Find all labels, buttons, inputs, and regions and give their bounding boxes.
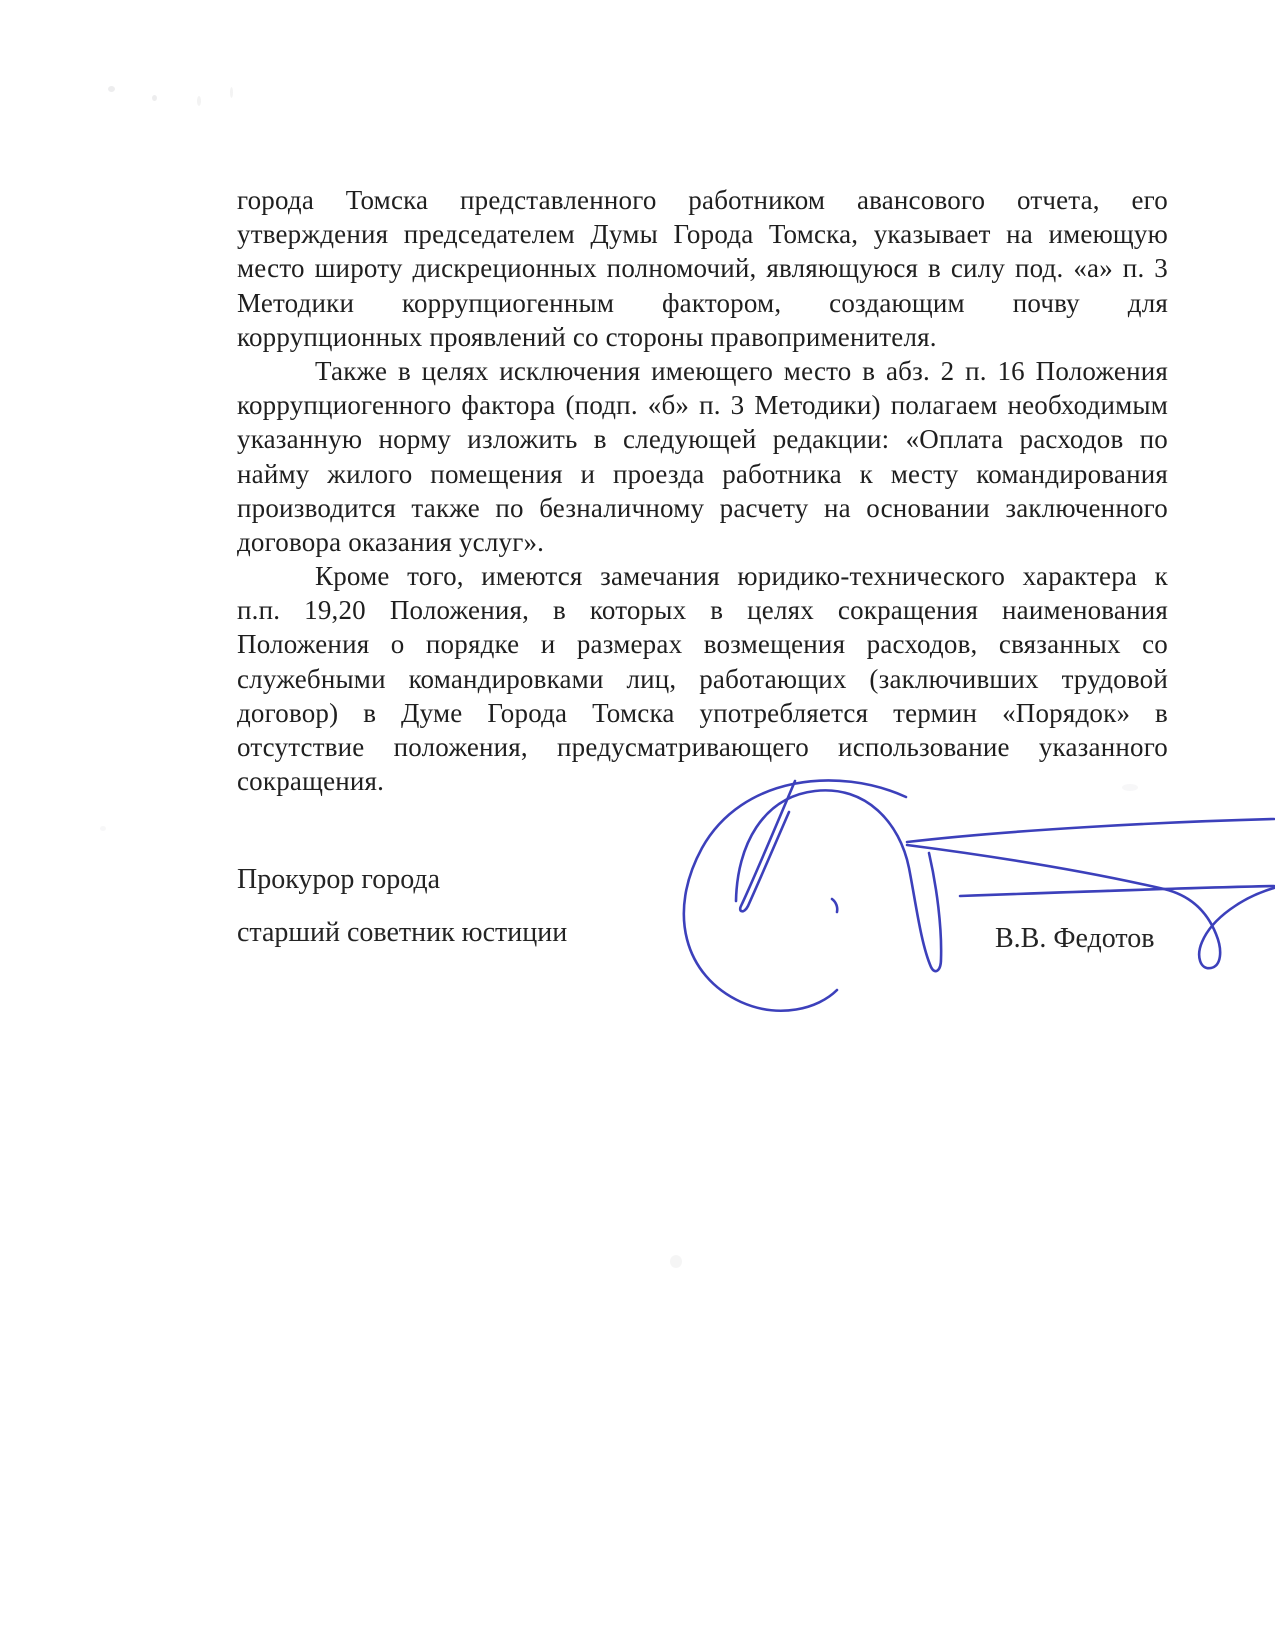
paragraph-line: Методики коррупциогенным фактором, созда… bbox=[237, 286, 1168, 320]
paragraph-line: производится также по безналичному расче… bbox=[237, 491, 1168, 525]
signer-title-line1: Прокурор города bbox=[237, 864, 440, 896]
scan-artifact bbox=[197, 96, 201, 106]
paragraph-line: Кроме того, имеются замечания юридико-те… bbox=[237, 559, 1168, 593]
signature-stroke-c-loop bbox=[684, 780, 906, 1010]
paragraph-line: отсутствие положения, предусматривающего… bbox=[237, 730, 1168, 764]
paragraph-line: коррупциогенного фактора (подп. «б» п. 3… bbox=[237, 388, 1168, 422]
paragraph-line: служебными командировками лиц, работающи… bbox=[237, 662, 1168, 696]
scan-artifact bbox=[108, 86, 115, 92]
document-page: города Томска представленного работником… bbox=[0, 0, 1275, 1650]
paragraph-line: города Томска представленного работником… bbox=[237, 183, 1168, 217]
signature-stroke-stray-mark bbox=[832, 899, 837, 912]
signer-name: В.В. Федотов bbox=[995, 923, 1155, 955]
scan-artifact bbox=[670, 1255, 682, 1268]
signature-stroke-needle bbox=[740, 781, 795, 911]
paragraph-line: договор) в Думе Города Томска употребляе… bbox=[237, 696, 1168, 730]
paragraph-line: коррупционных проявлений со стороны прав… bbox=[237, 320, 1168, 354]
paragraph-line: указанную норму изложить в следующей ред… bbox=[237, 422, 1168, 456]
paragraph-line: найму жилого помещения и проезда работни… bbox=[237, 457, 1168, 491]
scan-artifact bbox=[100, 826, 106, 831]
paragraph-line: п.п. 19,20 Положения, в которых в целях … bbox=[237, 593, 1168, 627]
paragraph-line: Также в целях исключения имеющего место … bbox=[237, 354, 1168, 388]
document-body: города Томска представленного работником… bbox=[237, 183, 1168, 798]
paragraph-line: Положения о порядке и размерах возмещени… bbox=[237, 627, 1168, 661]
signer-title-line2: старший советник юстиции bbox=[237, 917, 567, 949]
paragraph-line: договора оказания услуг». bbox=[237, 525, 1168, 559]
signature-stroke-arch bbox=[736, 790, 941, 971]
signature-stroke-flourish-top bbox=[907, 819, 1274, 842]
signature-stroke-flourish-bottom bbox=[960, 886, 1274, 896]
scan-artifact bbox=[152, 95, 157, 101]
paragraph-line: сокращения. bbox=[237, 764, 1168, 798]
paragraph-line: утверждения председателем Думы Города То… bbox=[237, 217, 1168, 251]
scan-artifact bbox=[230, 87, 233, 98]
paragraph-line: место широту дискреционных полномочий, я… bbox=[237, 251, 1168, 285]
